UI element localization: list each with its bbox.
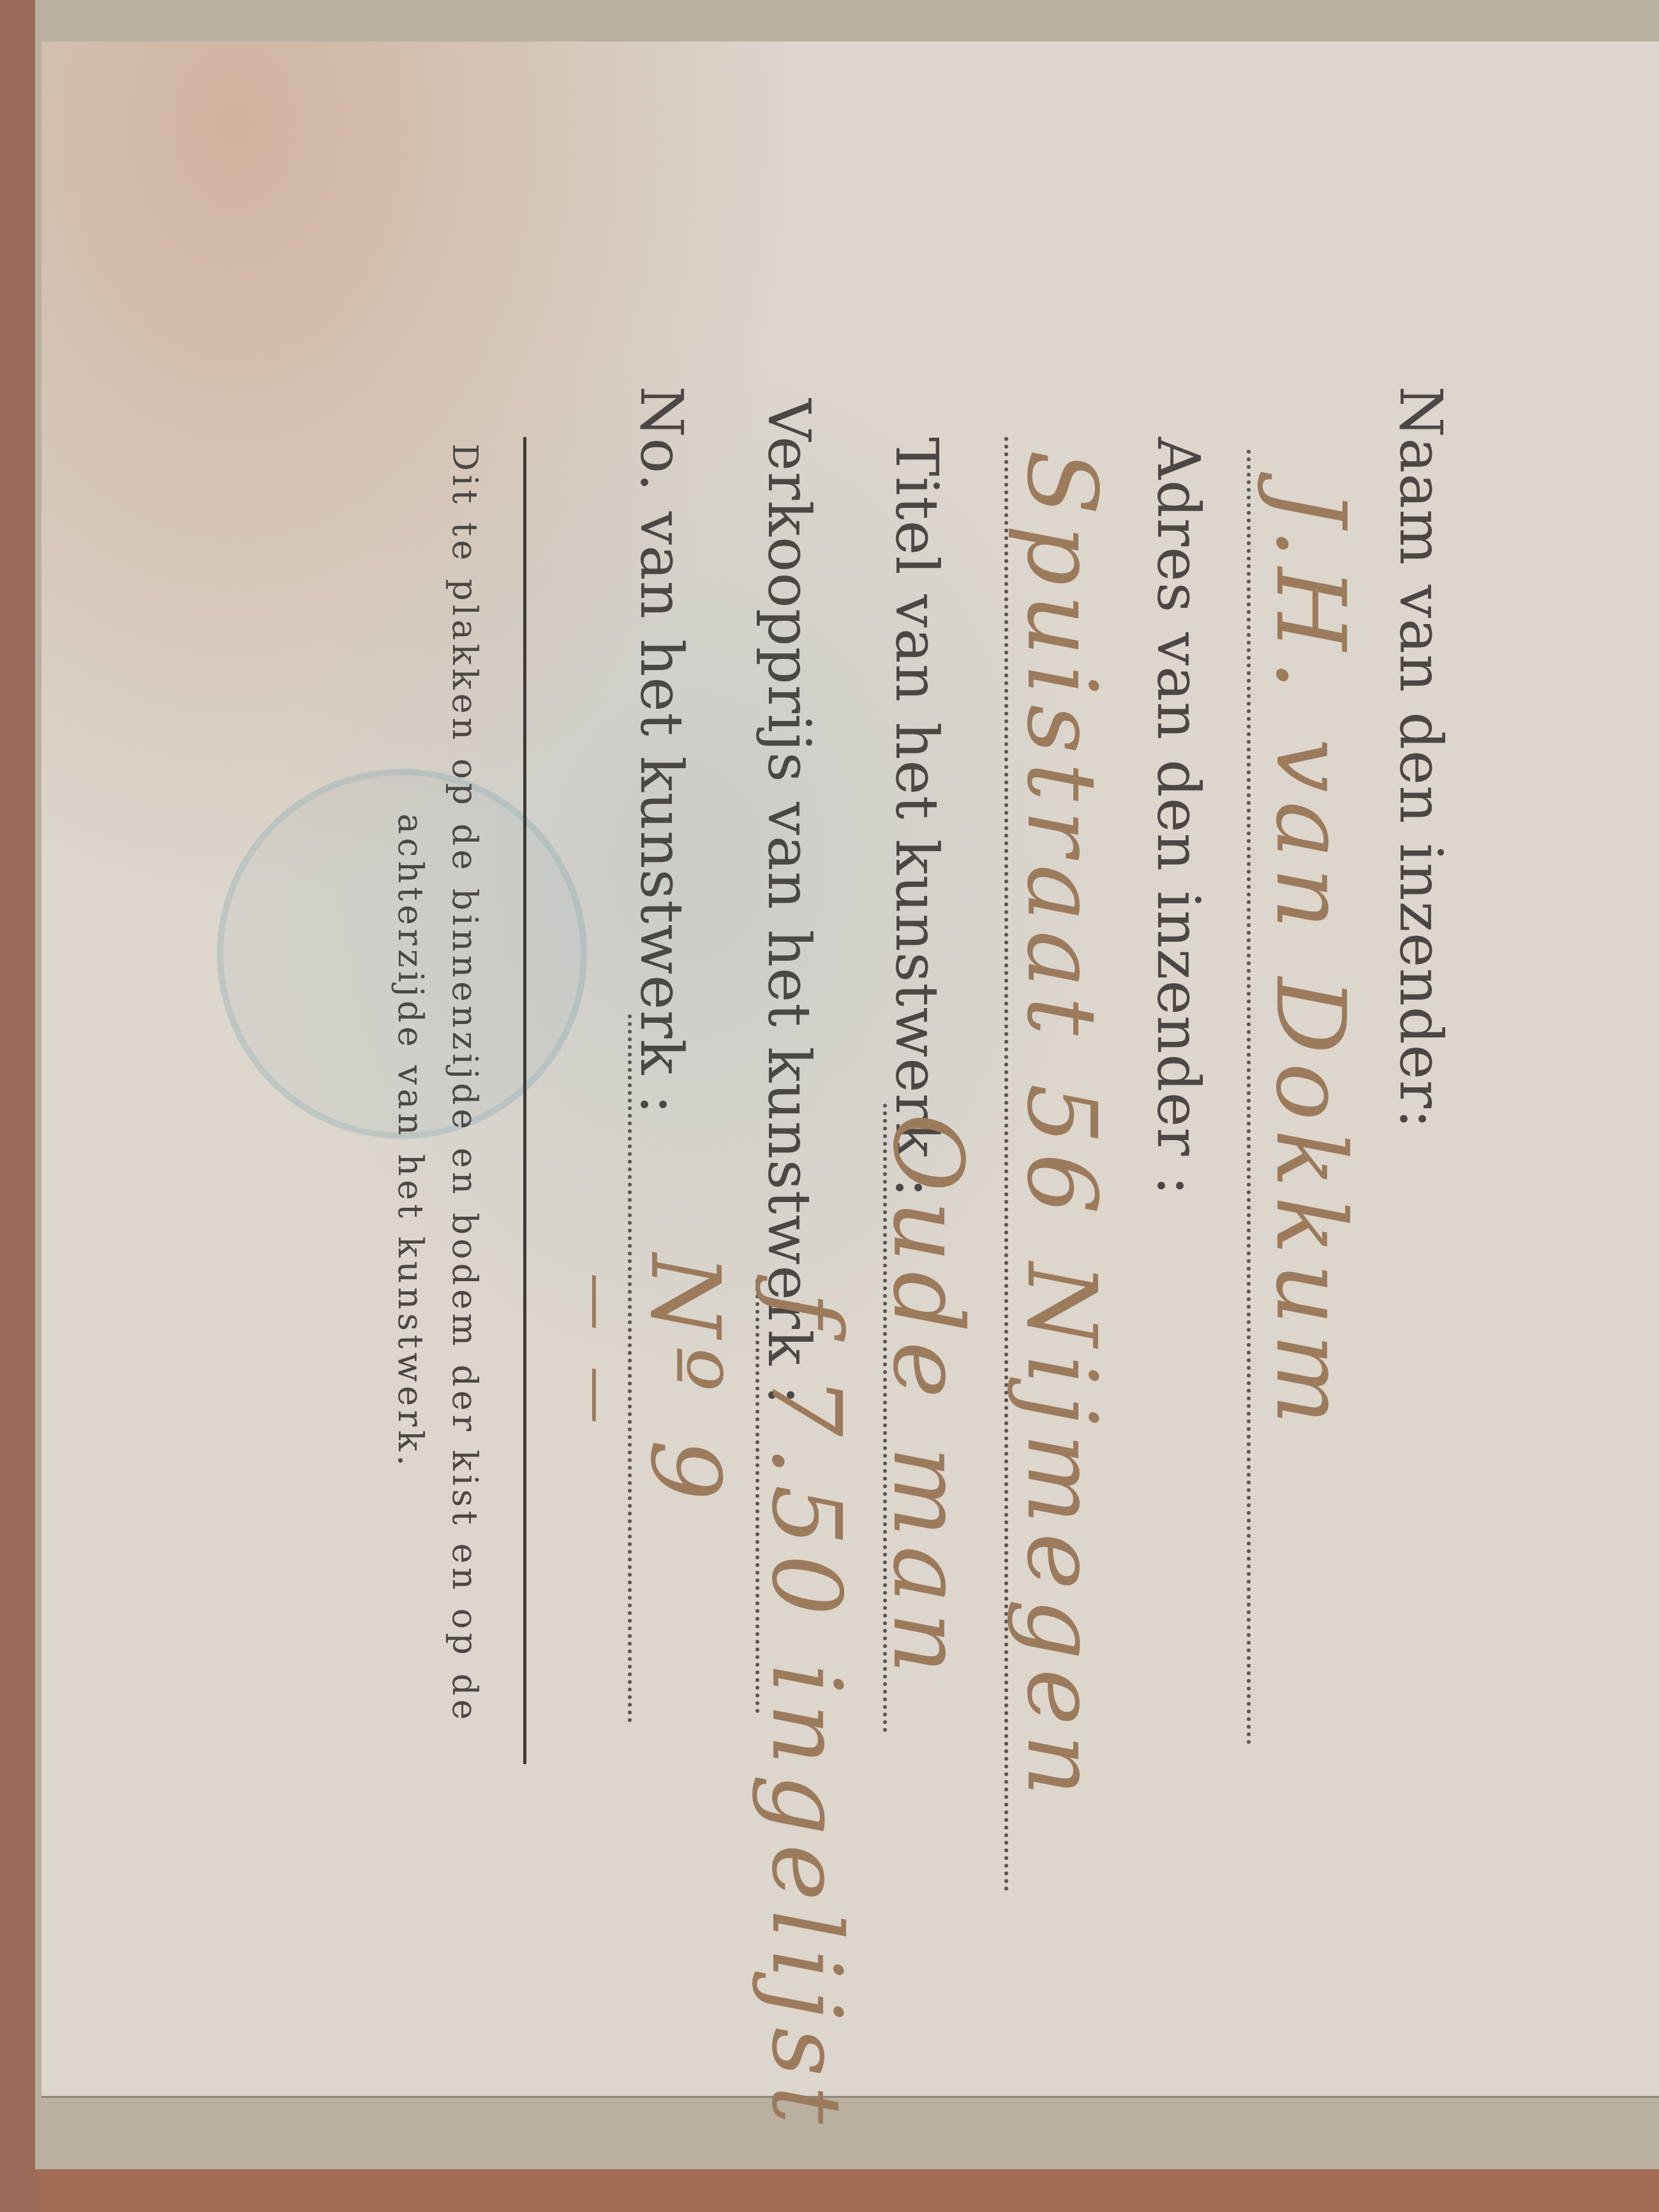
artwork-title-value: Oude man [872, 1113, 983, 1682]
exhibition-label-paper: Naam van den inzender: J.H. van Dokkum A… [41, 41, 1659, 2098]
footer-instruction-line-1: Dit te plakken op de binnenzijde en bode… [445, 443, 485, 1723]
footer-instruction-line-2: achterzijde van het kunstwerk. [391, 813, 431, 1470]
sender-name-dotted-line [1247, 450, 1251, 1745]
wood-backing-edge [0, 0, 35, 2212]
label-content-rotated: Naam van den inzender: J.H. van Dokkum A… [41, 41, 1659, 2096]
artwork-number-dash-marks: — — [565, 1273, 632, 1433]
sender-address-label: Adres van den inzender : [1144, 437, 1212, 1196]
sender-address-value: Spuistraat 56 Nijmegen [1006, 450, 1117, 1805]
field-sender-name: Naam van den inzender: J.H. van Dokkum [1340, 41, 1468, 2096]
field-artwork-number: No. van het kunstwerk : Nº 9 — — [574, 41, 702, 2096]
sale-price-value: ƒ 7.50 ingelijst [750, 1292, 861, 2133]
field-sale-price: Verkoopprijs van het kunstwerk : ƒ 7.50 … [702, 41, 829, 2096]
sale-price-label: Verkoopprijs van het kunstwerk : [755, 399, 823, 1406]
field-sender-address: Adres van den inzender : Spuistraat 56 N… [1085, 41, 1212, 2096]
sender-name-value: J.H. van Dokkum [1254, 488, 1365, 1434]
artwork-number-value: Nº 9 [629, 1254, 740, 1510]
separator-rule [523, 437, 526, 1764]
sender-name-label: Naam van den inzender: [1387, 386, 1455, 1129]
artwork-title-label: Titel van het kunstwerk : [882, 437, 951, 1198]
artwork-number-label: No. van het kunstwerk : [627, 386, 696, 1115]
